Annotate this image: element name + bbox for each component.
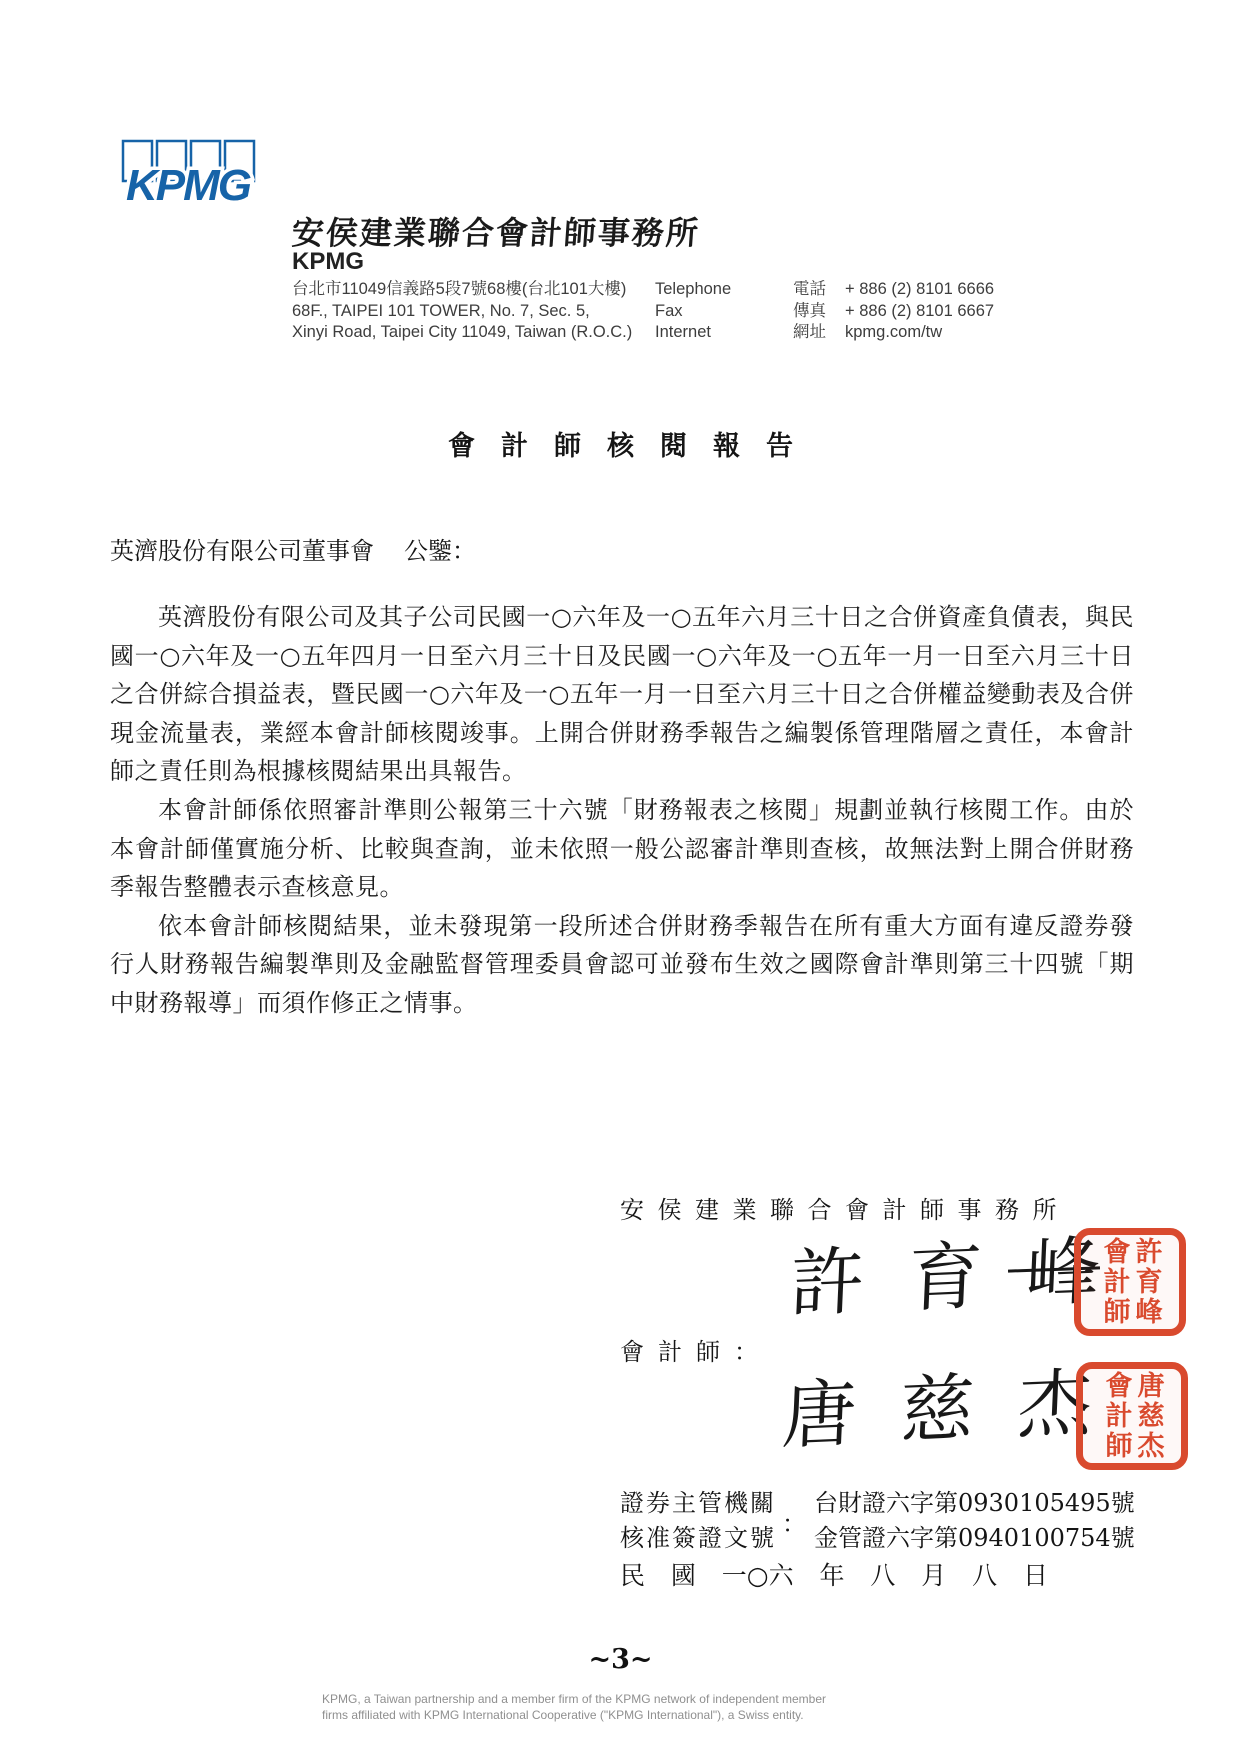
date-part: 國 <box>671 1556 696 1592</box>
date-part: 年 <box>819 1556 844 1592</box>
report-title: 會計師核閱報告 <box>0 424 1241 463</box>
footer-disclaimer: KPMG, a Taiwan partnership and a member … <box>322 1692 826 1723</box>
contact-row-fax: Fax 傳真 + 886 (2) 8101 6667 <box>655 301 994 323</box>
approval-block: 證券主管機關 核准簽證文號 ： 台財證六字第0930105495號 金管證六字第… <box>620 1486 1135 1556</box>
approval-label-line2: 核准簽證文號 <box>620 1521 776 1556</box>
approval-number-1: 台財證六字第0930105495號 <box>814 1486 1135 1521</box>
contact-value: kpmg.com/tw <box>845 322 942 344</box>
kpmg-logo-graphic: KPMG <box>120 138 290 210</box>
contact-value: + 886 (2) 8101 6666 <box>845 279 994 301</box>
contact-label-en: Telephone <box>655 279 793 301</box>
seal-text: 許育峰 會計師 <box>1101 1237 1160 1327</box>
page-number: ~3~ <box>0 1644 1241 1675</box>
firm-address: 台北市11049信義路5段7號68樓(台北101大樓) 68F., TAIPEI… <box>292 279 632 344</box>
paragraph-1: 英濟股份有限公司及其子公司民國一○六年及一○五年六月三十日之合併資產負債表，與民… <box>110 598 1134 791</box>
firm-name-latin: KPMG <box>292 248 364 276</box>
report-body: 英濟股份有限公司及其子公司民國一○六年及一○五年六月三十日之合併資產負債表，與民… <box>110 598 1134 1023</box>
contact-label-zh: 傳真 <box>793 301 845 323</box>
address-line: 台北市11049信義路5段7號68樓(台北101大樓) <box>292 279 632 301</box>
accountant-seal-2: 唐慈杰 會計師 <box>1076 1362 1188 1470</box>
approval-numbers: 台財證六字第0930105495號 金管證六字第0940100754號 <box>814 1486 1135 1556</box>
logo-wordmark: KPMG <box>126 161 251 210</box>
salutation: 公鑒： <box>404 537 476 565</box>
contact-info: Telephone 電話 + 886 (2) 8101 6666 Fax 傳真 … <box>655 279 994 344</box>
approval-number-2: 金管證六字第0940100754號 <box>814 1521 1135 1556</box>
date-part: 一○六 <box>722 1556 794 1592</box>
contact-label-zh: 網址 <box>793 322 845 344</box>
seal-text: 唐慈杰 會計師 <box>1103 1371 1162 1461</box>
document-page: KPMG 安侯建業聯合會計師事務所 KPMG 台北市11049信義路5段7號68… <box>0 0 1241 1754</box>
seal-column-name: 許育峰 <box>1133 1237 1160 1327</box>
accountant-label: 會計師： <box>620 1332 772 1367</box>
date-part: 月 <box>921 1556 946 1592</box>
contact-row-telephone: Telephone 電話 + 886 (2) 8101 6666 <box>655 279 994 301</box>
contact-row-internet: Internet 網址 kpmg.com/tw <box>655 322 994 344</box>
address-line: 68F., TAIPEI 101 TOWER, No. 7, Sec. 5, <box>292 301 632 323</box>
approval-label-line1: 證券主管機關 <box>620 1486 776 1521</box>
seal-column-name: 唐慈杰 <box>1135 1371 1162 1461</box>
addressee-line: 英濟股份有限公司董事會公鑒： <box>110 531 476 566</box>
date-part: 八 <box>972 1556 997 1592</box>
accountant-seal-1: 許育峰 會計師 <box>1074 1228 1186 1336</box>
report-date: 民 國 一○六 年 八 月 八 日 <box>620 1556 1048 1592</box>
approval-colon: ： <box>782 1504 806 1539</box>
signature-firm-name: 安侯建業聯合會計師事務所 <box>620 1190 1070 1225</box>
approval-labels: 證券主管機關 核准簽證文號 <box>620 1486 776 1556</box>
date-part: 八 <box>870 1556 895 1592</box>
contact-label-en: Internet <box>655 322 793 344</box>
address-line: Xinyi Road, Taipei City 11049, Taiwan (R… <box>292 322 632 344</box>
disclaimer-line: firms affiliated with KPMG International… <box>322 1708 826 1724</box>
contact-value: + 886 (2) 8101 6667 <box>845 301 994 323</box>
date-part: 日 <box>1023 1556 1048 1592</box>
addressee-name: 英濟股份有限公司董事會 <box>110 537 374 565</box>
seal-column-title: 會計師 <box>1101 1237 1128 1327</box>
date-part: 民 <box>620 1556 645 1592</box>
seal-column-title: 會計師 <box>1103 1371 1130 1461</box>
contact-label-en: Fax <box>655 301 793 323</box>
kpmg-logo: KPMG <box>120 138 290 210</box>
contact-label-zh: 電話 <box>793 279 845 301</box>
disclaimer-line: KPMG, a Taiwan partnership and a member … <box>322 1692 826 1708</box>
paragraph-2: 本會計師係依照審計準則公報第三十六號「財務報表之核閱」規劃並執行核閱工作。由於本… <box>110 791 1134 907</box>
paragraph-3: 依本會計師核閱結果，並未發現第一段所述合併財務季報告在所有重大方面有違反證券發行… <box>110 907 1134 1023</box>
